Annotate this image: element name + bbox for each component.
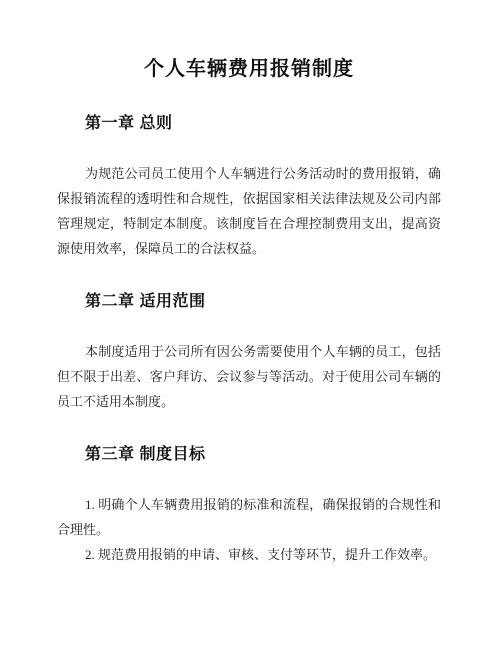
section-chapter-3: 第三章 制度目标 1. 明确个人车辆费用报销的标准和流程，确保报销的合规性和合理… [57,445,441,567]
chapter-2-paragraph: 本制度适用于公司所有因公务需要使用个人车辆的员工，包括但不限于出差、客户拜访、会… [57,339,441,414]
document-page: 个人车辆费用报销制度 第一章 总则 为规范公司员工使用个人车辆进行公务活动时的费… [0,0,500,647]
section-chapter-2: 第二章 适用范围 本制度适用于公司所有因公务需要使用个人车辆的员工，包括但不限于… [57,292,441,414]
chapter-3-heading: 第三章 制度目标 [57,445,441,465]
chapter-3-item-2: 2. 规范费用报销的申请、审核、支付等环节，提升工作效率。 [57,542,441,567]
chapter-2-heading: 第二章 适用范围 [57,292,441,312]
document-title: 个人车辆费用报销制度 [57,55,441,83]
chapter-1-heading: 第一章 总则 [57,114,441,134]
chapter-3-item-1: 1. 明确个人车辆费用报销的标准和流程，确保报销的合规性和合理性。 [57,492,441,542]
chapter-1-paragraph: 为规范公司员工使用个人车辆进行公务活动时的费用报销，确保报销流程的透明性和合规性… [57,161,441,261]
section-chapter-1: 第一章 总则 为规范公司员工使用个人车辆进行公务活动时的费用报销，确保报销流程的… [57,114,441,261]
